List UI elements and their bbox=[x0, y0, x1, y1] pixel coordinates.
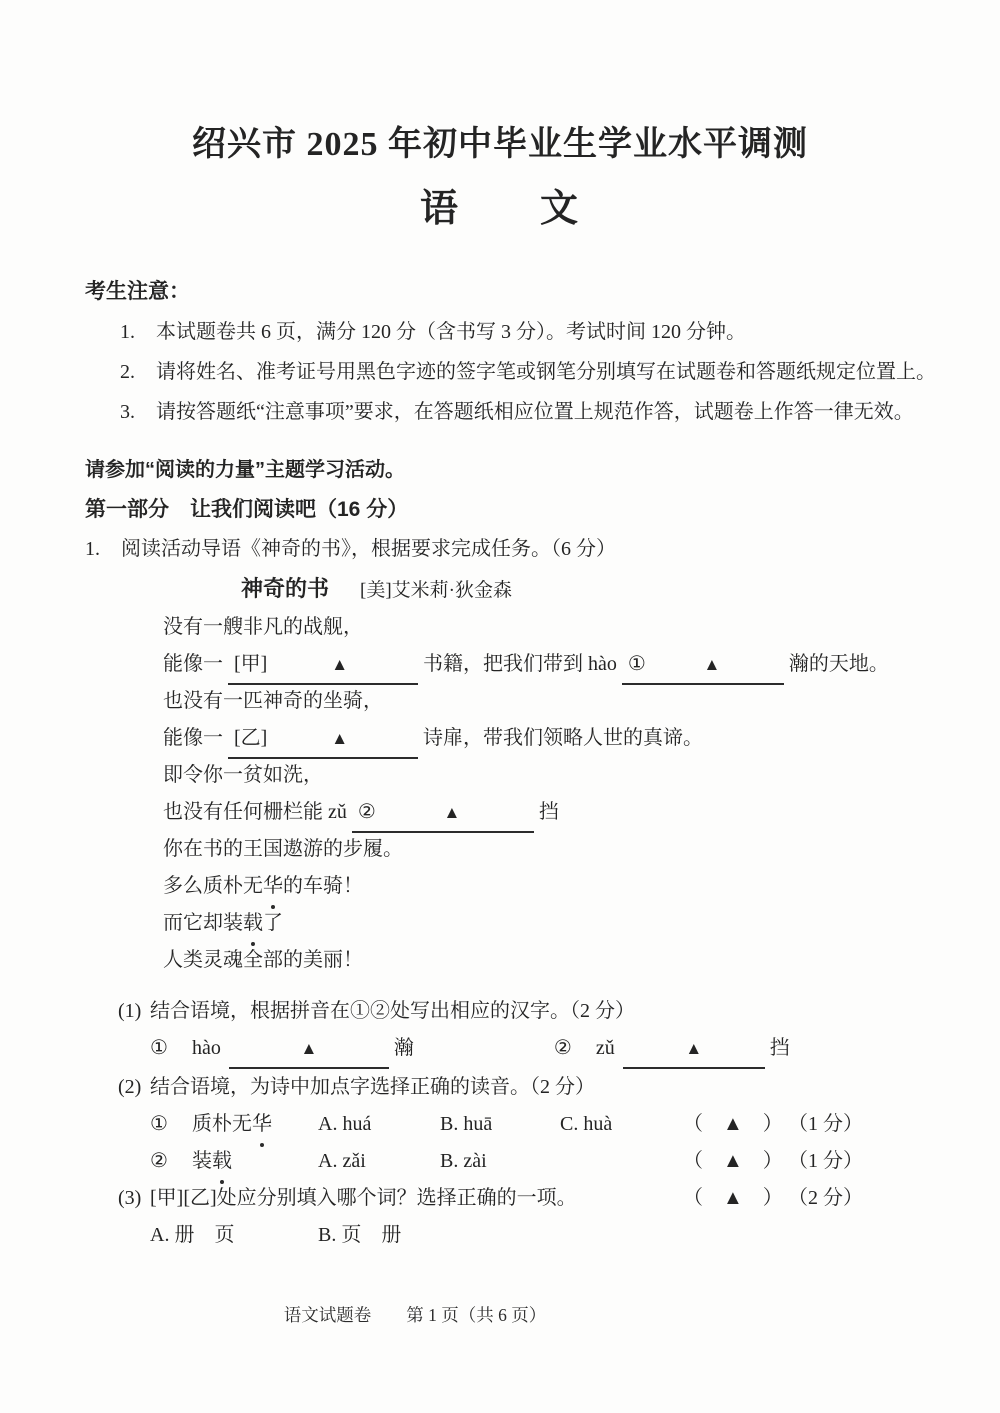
option-b: B. 页 册 bbox=[318, 1217, 401, 1254]
notice-item-2: 2. 请将姓名、准考证号用黑色字迹的签字笔或钢笔分别填写在试题卷和答题纸规定位置… bbox=[120, 359, 938, 386]
answer-parentheses: （ ▲ ） bbox=[683, 1180, 788, 1217]
sub-question-number: (1) bbox=[118, 993, 150, 1030]
answer-parentheses: （ ▲ ） bbox=[683, 1143, 788, 1180]
blank-jia: [甲]▲ bbox=[228, 646, 418, 685]
sub-question-1-blanks: ① hào ▲ 瀚 ② zǔ ▲ 挡 bbox=[150, 1030, 1000, 1069]
part-one-heading: 第一部分 让我们阅读吧（16 分） bbox=[85, 496, 1000, 524]
option-c-empty bbox=[560, 1143, 683, 1180]
score-label: （2 分） bbox=[788, 1180, 863, 1217]
poem-line-2: 能像一[甲]▲书籍，把我们带到 hào①▲瀚的天地。 bbox=[163, 646, 1000, 683]
poem-text: 书籍，把我们带到 hào bbox=[423, 653, 617, 675]
notice-item-number: 2. bbox=[120, 359, 156, 386]
column-gap bbox=[414, 1030, 554, 1069]
option-a: A. zǎi bbox=[318, 1143, 440, 1180]
blank-jia-label: [甲] bbox=[234, 646, 267, 683]
circled-number: ② bbox=[554, 1030, 596, 1069]
poem-line-4: 能像一[乙]▲诗扉，带我们领略人世的真谛。 bbox=[163, 720, 1000, 757]
poem-text: 了 bbox=[263, 912, 283, 934]
answer-placeholder-triangle: ▲ bbox=[685, 1030, 702, 1067]
poem-line-3: 也没有一匹神奇的坐骑， bbox=[163, 683, 1000, 720]
notice-item-text: 本试题卷共 6 页，满分 120 分（含书写 3 分）。考试时间 120 分钟。 bbox=[156, 319, 746, 346]
answer-blank-zu: ▲ bbox=[623, 1030, 765, 1069]
footer-text: 语文试题卷 第 1 页（共 6 页） bbox=[284, 1302, 547, 1327]
blank-yi: [乙]▲ bbox=[228, 720, 418, 759]
sub-question-text: 结合语境，根据拼音在①②处写出相应的汉字。（2 分） bbox=[150, 993, 635, 1030]
char-han: 瀚 bbox=[394, 1030, 414, 1069]
question-text: 阅读活动导语《神奇的书》，根据要求完成任务。（6 分） bbox=[121, 535, 616, 563]
sub-question-text: 结合语境，为诗中加点字选择正确的读音。（2 分） bbox=[150, 1069, 595, 1106]
option-a: A. 册 页 bbox=[150, 1217, 318, 1254]
sub-question-2: (2) 结合语境，为诗中加点字选择正确的读音。（2 分） bbox=[118, 1069, 1000, 1106]
poem-text: 能像一 bbox=[163, 653, 223, 675]
poem-text: 而它却装 bbox=[163, 912, 243, 934]
blank-hao-label: ① bbox=[628, 646, 646, 683]
notice-item-1: 1. 本试题卷共 6 页，满分 120 分（含书写 3 分）。考试时间 120 … bbox=[120, 319, 938, 346]
option-b: B. zài bbox=[440, 1143, 560, 1180]
blank-yi-label: [乙] bbox=[234, 720, 267, 757]
poem-line-9: 而它却装载了 bbox=[163, 905, 1000, 942]
pinyin-zu: zǔ bbox=[596, 1030, 615, 1069]
circled-number: ① bbox=[150, 1106, 192, 1143]
option-a: A. huá bbox=[318, 1106, 440, 1143]
sub-question-2-row-2: ② 装载 A. zǎi B. zài （ ▲ ） （1 分） bbox=[150, 1143, 1000, 1180]
pinyin-hao: hào bbox=[192, 1030, 221, 1069]
sub-questions: (1) 结合语境，根据拼音在①②处写出相应的汉字。（2 分） ① hào ▲ 瀚… bbox=[118, 993, 1000, 1254]
question-1-lead: 1. 阅读活动导语《神奇的书》，根据要求完成任务。（6 分） bbox=[85, 535, 1000, 563]
poem-text: 多么质朴无 bbox=[163, 875, 263, 897]
notice-item-number: 1. bbox=[120, 319, 156, 346]
sub-question-text: [甲][乙]处应分别填入哪个词？选择正确的一项。 bbox=[150, 1180, 683, 1217]
poem-title: 神奇的书 bbox=[241, 576, 329, 601]
poem-line-8: 多么质朴无华的车骑！ bbox=[163, 868, 1000, 905]
poem-line-7: 你在书的王国遨游的步履。 bbox=[163, 831, 1000, 868]
answer-placeholder-triangle: ▲ bbox=[331, 646, 348, 683]
notice-item-text: 请将姓名、准考证号用黑色字迹的签字笔或钢笔分别填写在试题卷和答题纸规定位置上。 bbox=[156, 359, 936, 386]
blank-zu: ②▲ bbox=[352, 794, 534, 833]
word-text: 装 bbox=[192, 1150, 212, 1172]
sub-question-number: (2) bbox=[118, 1069, 150, 1106]
target-word: 质朴无华 bbox=[192, 1106, 318, 1143]
emphasized-char-zai: 载 bbox=[243, 905, 263, 942]
poem-text: 能像一 bbox=[163, 727, 223, 749]
poem-text: 也没有任何栅栏能 zǔ bbox=[163, 801, 347, 823]
blank-hao: ①▲ bbox=[622, 646, 784, 685]
poem-line-6: 也没有任何栅栏能 zǔ②▲挡 bbox=[163, 794, 1000, 831]
poem-text: 瀚的天地。 bbox=[789, 653, 889, 675]
answer-placeholder-triangle: ▲ bbox=[703, 646, 720, 683]
poem-text: 挡 bbox=[539, 801, 559, 823]
emphasized-char-hua: 华 bbox=[252, 1106, 272, 1143]
char-dang: 挡 bbox=[770, 1030, 790, 1069]
answer-placeholder-triangle: ▲ bbox=[331, 720, 348, 757]
word-text: 质朴无 bbox=[192, 1113, 252, 1135]
notice-item-number: 3. bbox=[120, 399, 156, 426]
poem-line-1: 没有一艘非凡的战舰， bbox=[163, 609, 1000, 646]
question-number: 1. bbox=[85, 535, 121, 563]
option-c: C. huà bbox=[560, 1106, 683, 1143]
option-b: B. huā bbox=[440, 1106, 560, 1143]
poem-text: 诗扉，带我们领略人世的真谛。 bbox=[423, 727, 703, 749]
sub-question-2-row-1: ① 质朴无华 A. huá B. huā C. huà （ ▲ ） （1 分） bbox=[150, 1106, 1000, 1143]
answer-parentheses: （ ▲ ） bbox=[683, 1106, 788, 1143]
poem-line-10: 人类灵魂全部的美丽！ bbox=[163, 942, 1000, 979]
notice-item-3: 3. 请按答题纸“注意事项”要求，在答题纸相应位置上规范作答，试题卷上作答一律无… bbox=[120, 399, 938, 426]
answer-placeholder-triangle: ▲ bbox=[300, 1030, 317, 1067]
score-label: （1 分） bbox=[788, 1143, 863, 1180]
sub-question-3-options: A. 册 页 B. 页 册 bbox=[150, 1217, 1000, 1254]
poem-line-5: 即令你一贫如洗， bbox=[163, 757, 1000, 794]
sub-question-number: (3) bbox=[118, 1180, 150, 1217]
page-title: 绍兴市 2025 年初中毕业生学业水平调测 bbox=[0, 0, 1000, 165]
score-label: （1 分） bbox=[788, 1106, 863, 1143]
subject-title: 语 文 bbox=[0, 177, 1000, 232]
notice-item-text: 请按答题纸“注意事项”要求，在答题纸相应位置上规范作答，试题卷上作答一律无效。 bbox=[156, 399, 914, 426]
answer-placeholder-triangle: ▲ bbox=[443, 794, 460, 831]
notice-heading: 考生注意： bbox=[85, 278, 1000, 306]
target-word: 装载 bbox=[192, 1143, 318, 1180]
page-footer: 语文试题卷 第 1 页（共 6 页） bbox=[0, 1302, 1000, 1327]
poem-magic-book: 神奇的书 [美]艾米莉·狄金森 没有一艘非凡的战舰， 能像一[甲]▲书籍，把我们… bbox=[163, 571, 1000, 979]
answer-blank-hao: ▲ bbox=[229, 1030, 389, 1069]
sub-question-3: (3) [甲][乙]处应分别填入哪个词？选择正确的一项。 （ ▲ ） （2 分） bbox=[118, 1180, 1000, 1217]
sub-question-1: (1) 结合语境，根据拼音在①②处写出相应的汉字。（2 分） bbox=[118, 993, 1000, 1030]
emphasized-char-zai: 载 bbox=[212, 1143, 232, 1180]
poem-text: 的车骑！ bbox=[283, 875, 363, 897]
emphasized-char-hua: 华 bbox=[263, 868, 283, 905]
circled-number: ② bbox=[150, 1143, 192, 1180]
blank-zu-label: ② bbox=[358, 794, 376, 831]
circled-number: ① bbox=[150, 1030, 192, 1069]
poem-author: [美]艾米莉·狄金森 bbox=[360, 580, 512, 601]
exam-paper-page: 绍兴市 2025 年初中毕业生学业水平调测 语 文 考生注意： 1. 本试题卷共… bbox=[0, 0, 1000, 1413]
poem-header: 神奇的书 [美]艾米莉·狄金森 bbox=[163, 571, 1000, 609]
activity-intro: 请参加“阅读的力量”主题学习活动。 bbox=[85, 456, 1000, 484]
